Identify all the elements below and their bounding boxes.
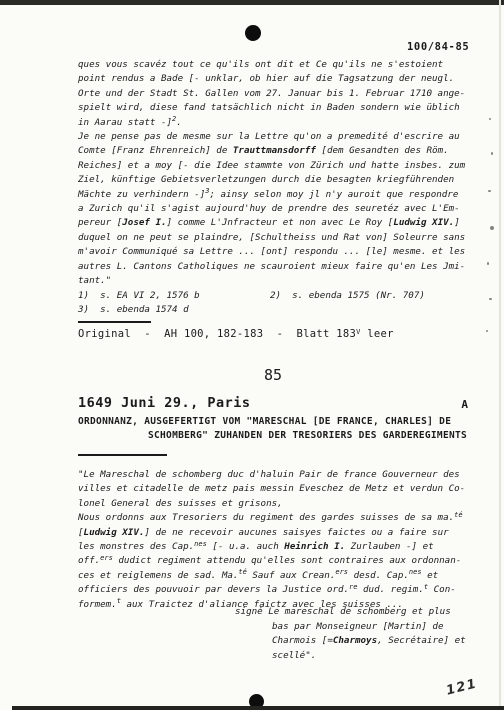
text-line: ques vous scavéz tout ce qu'ils ont dit …: [78, 58, 465, 72]
text-line: Charmois [=Charmoys, Secrétaire] et: [78, 634, 466, 649]
text-line: scellé".: [78, 649, 466, 664]
text-line: Ziel, künftige Gebietsverletzungen durch…: [78, 173, 465, 187]
text-line: tant.": [78, 274, 465, 288]
text-line: les monstres des Cap.nes [- u.a. auch He…: [78, 540, 465, 554]
quoted-ordonnance-text: "Le Mareschal de schomberg duc d'haluin …: [78, 468, 465, 612]
handwritten-page-number: 121: [445, 676, 479, 698]
entry-title: ORDONNANZ, AUSGEFERTIGT VOM "MARESCHAL […: [78, 415, 467, 442]
divider-rule-quote: [78, 454, 167, 456]
text-line: SCHOMBERG" ZUHANDEN DER TRESORIERS DES G…: [78, 429, 467, 443]
scanned-document-page: 100/84-85 ques vous scavéz tout ce qu'il…: [0, 0, 504, 710]
text-line: point rendus a Bade [- unklar, ob hier a…: [78, 72, 465, 86]
text-line: Je ne pense pas de mesme sur la Lettre q…: [78, 130, 465, 144]
divider-rule-source: [78, 321, 151, 323]
text-line: a Zurich qu'il s'agist aujourd'huy de pr…: [78, 202, 465, 216]
scan-bottom-edge: [12, 706, 504, 710]
text-line: Orte und der Stadt St. Gallen vom 27. Ja…: [78, 87, 465, 101]
page-reference: 100/84-85: [407, 41, 469, 53]
text-line: Comte [Franz Ehrenreich] de Trauttmansdo…: [78, 144, 465, 158]
text-line: [Ludwig XIV.] de ne recevoir aucunes sai…: [78, 526, 465, 540]
text-line: Mächte zu verhindern -]3; ainsy selon mo…: [78, 188, 465, 202]
entry-dateline: 1649 Juni 29., Paris: [78, 395, 251, 411]
text-line: villes et citadelle de metz pais messin …: [78, 482, 465, 496]
scan-speck: [489, 118, 491, 120]
scan-top-edge: [0, 0, 504, 5]
text-line: duquel on ne peut se plaindre, [Schulthe…: [78, 231, 465, 245]
text-line: lonel General des suisses et grisons,: [78, 497, 465, 511]
text-line: "Le Mareschal de schomberg duc d'haluin …: [78, 468, 465, 482]
footnote-1: 1) s. EA VI 2, 1576 b: [78, 290, 200, 301]
signature-block: signé Le mareschal de schomberg et plusb…: [78, 605, 466, 663]
text-line: in Aarau statt -]2.: [78, 116, 465, 130]
registration-dot-top: [245, 25, 261, 41]
entry-number: 85: [78, 366, 468, 384]
scan-speck: [490, 226, 494, 230]
scan-speck: [486, 330, 488, 332]
text-line: signé Le mareschal de schomberg et plus: [78, 605, 466, 620]
source-line: Original - AH 100, 182-183 - Blatt 183V …: [78, 328, 394, 340]
text-line: off.ers dudict regiment attendu qu'elles…: [78, 554, 465, 568]
scan-speck: [488, 190, 491, 192]
regest-paragraph: ques vous scavéz tout ce qu'ils ont dit …: [78, 58, 465, 289]
text-line: spielt wird, diese fand tatsächlich nich…: [78, 101, 465, 115]
text-line: autres L. Cantons Catholiques ne scauroi…: [78, 260, 465, 274]
text-line: Nous ordonns aux Tresoriers du regiment …: [78, 511, 465, 525]
entry-header-row: 1649 Juni 29., Paris A: [78, 395, 468, 411]
text-line: m'avoir Communiqué sa Lettre ... [ont] r…: [78, 245, 465, 259]
entry-siglum: A: [461, 398, 468, 411]
scan-speck: [487, 262, 489, 265]
text-line: ORDONNANZ, AUSGEFERTIGT VOM "MARESCHAL […: [78, 415, 467, 429]
scan-speck: [491, 152, 493, 155]
footnote-2: 2) s. ebenda 1575 (Nr. 707): [270, 290, 425, 301]
page-right-edge: [499, 0, 501, 710]
text-line: pereur [Josef I.] comme L'Jnfracteur et …: [78, 216, 465, 230]
text-line: Reiches] et a moy [- die Idee stammte vo…: [78, 159, 465, 173]
scan-speck: [489, 298, 492, 300]
text-line: bas par Monseigneur [Martin] de: [78, 620, 466, 635]
text-line: officiers des pouvuoir par devers la Jus…: [78, 583, 465, 597]
footnote-3: 3) s. ebenda 1574 d: [78, 304, 189, 315]
text-line: ces et reiglemens de sad. Ma.té Sauf aux…: [78, 569, 465, 583]
